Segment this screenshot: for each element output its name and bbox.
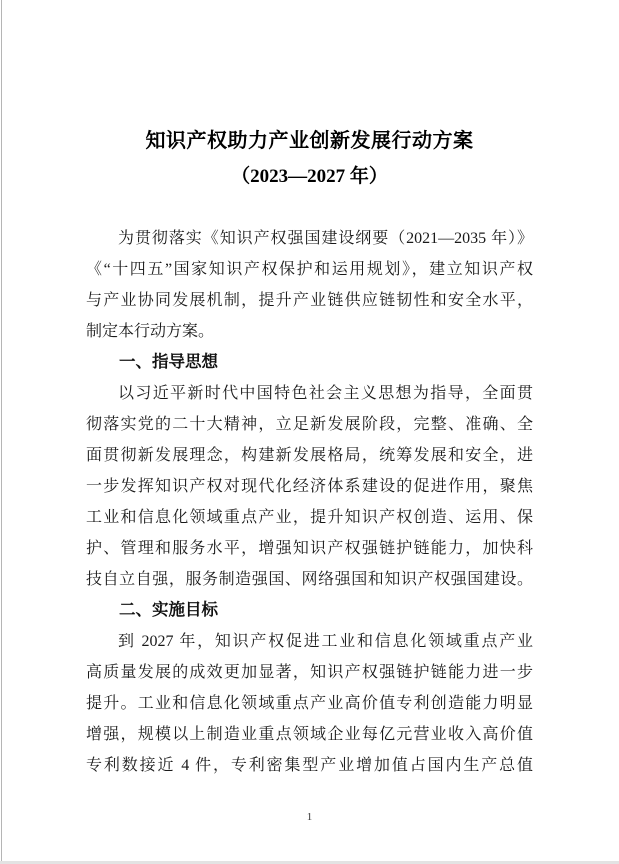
document-title: 知识产权助力产业创新发展行动方案 bbox=[86, 126, 533, 156]
document-page: 知识产权助力产业创新发展行动方案 （2023—2027 年） 为贯彻落实《知识产… bbox=[0, 0, 619, 864]
text-line: 护、管理和服务水平，增强知识产权强链护链能力，加快科 bbox=[86, 533, 533, 564]
text-line: 《“十四五”国家知识产权保护和运用规划》，建立知识产权 bbox=[86, 254, 533, 285]
document-body: 为贯彻落实《知识产权强国建设纲要（2021—2035 年）》《“十四五”国家知识… bbox=[86, 223, 533, 781]
text-line: 面贯彻新发展理念，构建新发展格局，统筹发展和安全，进 bbox=[86, 440, 533, 471]
text-line: 提升。工业和信息化领域重点产业高价值专利创造能力明显 bbox=[86, 688, 533, 719]
page-number: 1 bbox=[0, 808, 619, 826]
text-line: 技自立自强，服务制造强国、网络强国和知识产权强国建设。 bbox=[86, 564, 533, 595]
text-line: 工业和信息化领域重点产业，提升知识产权创造、运用、保 bbox=[86, 502, 533, 533]
section-heading: 一、指导思想 bbox=[86, 347, 533, 378]
document-subtitle: （2023—2027 年） bbox=[86, 162, 533, 192]
text-line: 一步发挥知识产权对现代化经济体系建设的促进作用，聚焦 bbox=[86, 471, 533, 502]
text-line: 到 2027 年，知识产权促进工业和信息化领域重点产业 bbox=[86, 626, 533, 657]
text-line: 专利数接近 4 件，专利密集型产业增加值占国内生产总值 bbox=[86, 750, 533, 781]
text-line: 与产业协同发展机制，提升产业链供应链韧性和安全水平， bbox=[86, 285, 533, 316]
section-heading: 二、实施目标 bbox=[86, 595, 533, 626]
text-line: 增强，规模以上制造业重点领域企业每亿元营业收入高价值 bbox=[86, 719, 533, 750]
text-line: 高质量发展的成效更加显著，知识产权强链护链能力进一步 bbox=[86, 657, 533, 688]
page-left-edge bbox=[1, 0, 2, 864]
document-title-block: 知识产权助力产业创新发展行动方案 （2023—2027 年） bbox=[86, 126, 533, 192]
text-line: 彻落实党的二十大精神，立足新发展阶段，完整、准确、全 bbox=[86, 409, 533, 440]
text-line: 以习近平新时代中国特色社会主义思想为指导，全面贯 bbox=[86, 378, 533, 409]
text-line: 为贯彻落实《知识产权强国建设纲要（2021—2035 年）》 bbox=[86, 223, 533, 254]
text-line: 制定本行动方案。 bbox=[86, 316, 533, 347]
